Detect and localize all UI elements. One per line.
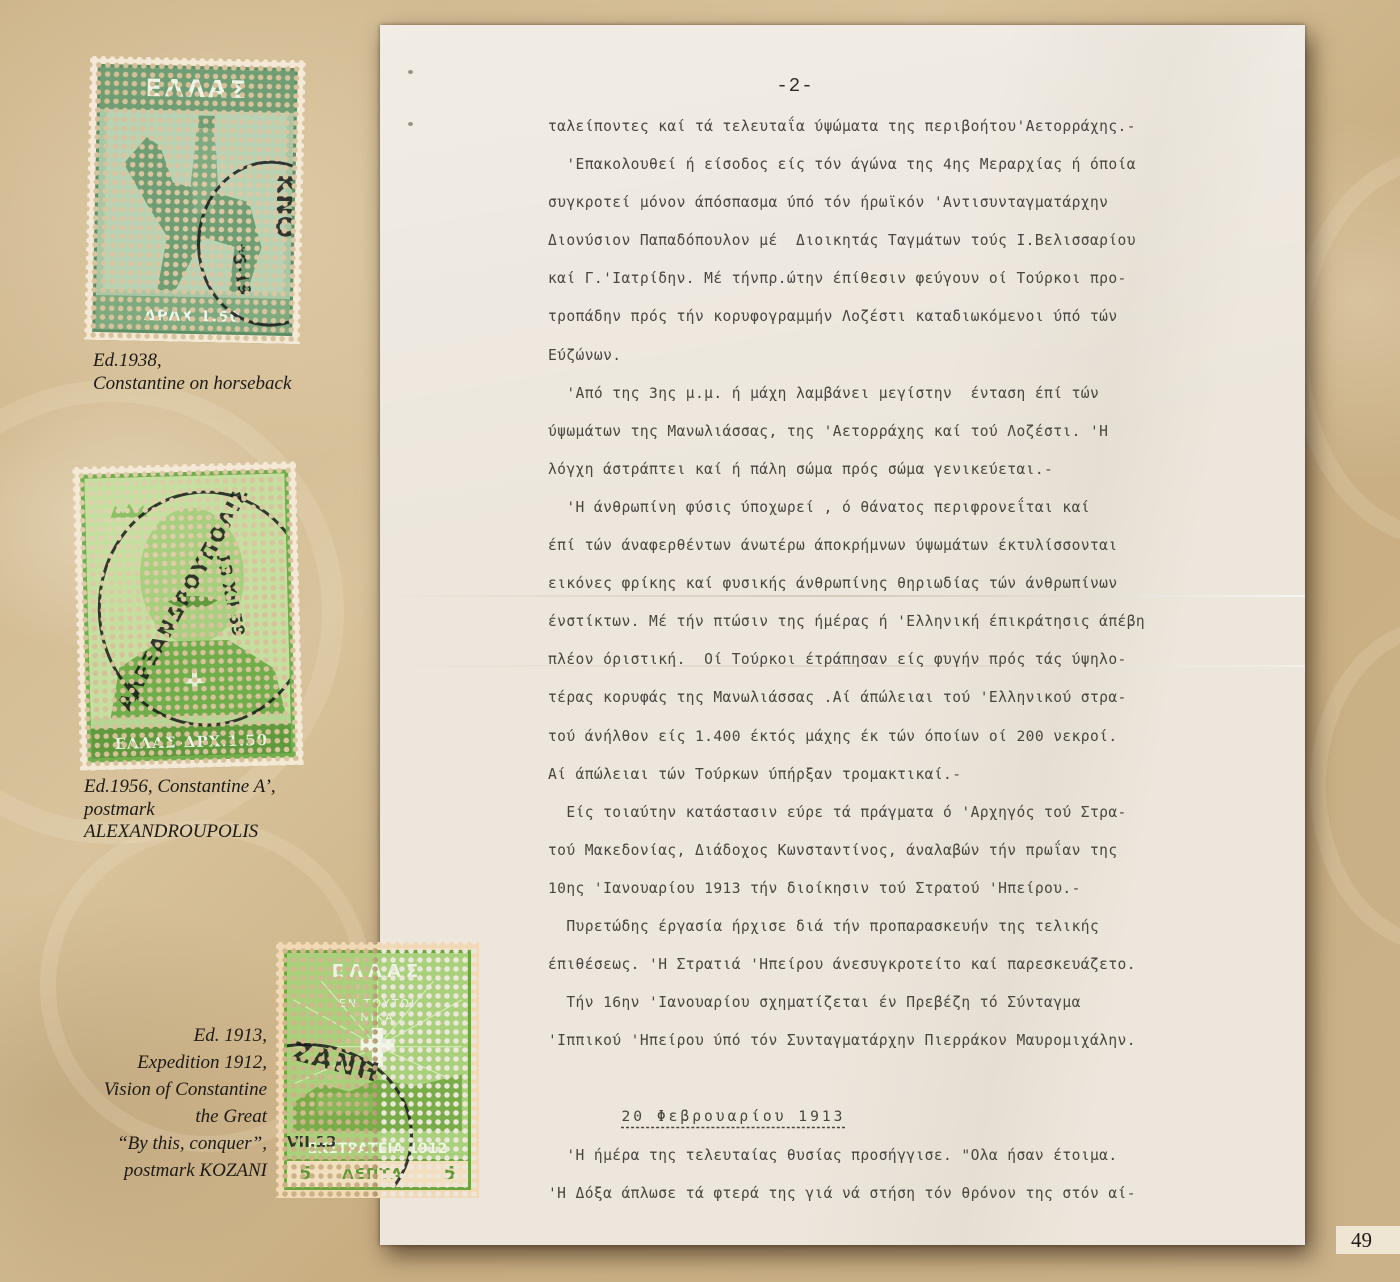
background-ornament [1290, 150, 1400, 546]
document-line: ταλείποντες καί τά τελευταΐα ύψώματα της… [548, 108, 1288, 146]
document-line: Είς τοιαύτην κατάστασιν εύρε τά πράγματα… [548, 794, 1288, 832]
document-line: 'Η Δόξα άπλωσε τά φτερά της γιά νά στήση… [548, 1175, 1288, 1213]
document-line: 'Η ήμέρα της τελευταίας θυσίας προσήγγισ… [548, 1137, 1288, 1175]
document-line: Διονύσιον Παπαδόπουλον μέ Διοικητάς Ταγμ… [548, 222, 1288, 260]
document-page-marker: -2- [760, 75, 830, 97]
stamp-value-right: 5 [443, 1163, 456, 1184]
document-line: Εύζώνων. [548, 337, 1288, 375]
punch-hole [408, 122, 413, 126]
document-line: Αί άπώλειαι τών Τούρκων ύπήρξαν τρομακτι… [548, 756, 1288, 794]
page-number: 49 [1336, 1226, 1400, 1254]
document-line: Τήν 16ην 'Ιανουαρίου σχηματίζεται έν Πρε… [548, 984, 1288, 1022]
punch-hole [408, 70, 413, 74]
document-line: τροπάδην πρός τήν κορυφογραμμήν Λοζέστι … [548, 298, 1288, 336]
stamp-country: ΕΛΛΑΣ [287, 961, 468, 982]
document-line: έπιθέσεως. 'Η Στρατιά 'Ηπείρου άνεσυγκρο… [548, 946, 1288, 984]
document-line: ένστίκτων. Μέ τήν πτώσιν της ήμέρας ή 'Ε… [548, 603, 1288, 641]
document-line: 'Επακολουθεί ή είσοδος είς τόν άγώνα της… [548, 146, 1288, 184]
document-line: τέρας κορυφάς της Μανωλιάσσας .Αί άπώλει… [548, 679, 1288, 717]
postmark-date: VII.13 [287, 1133, 336, 1151]
document-line: ύψωμάτων της Μανωλιάσσας, της 'Αετορράχη… [548, 413, 1288, 451]
document-line [548, 1060, 1288, 1098]
document-line: καί Γ.'Ιατρίδην. Μέ τήνπρ.ώτην έπίθεσιν … [548, 260, 1288, 298]
document-line: εικόνες φρίκης καί φυσικής άνθρωπίνης θη… [548, 565, 1288, 603]
postmark-text: ΚΝΟ [269, 174, 298, 239]
document-line: Πυρετώδης έργασία ήρχισε διά τήν προπαρα… [548, 908, 1288, 946]
caption-stamp-1938: Ed.1938, Constantine on horseback [93, 350, 291, 395]
section-date-heading: 20 Φεβρουαρίου 1913 [622, 1108, 846, 1125]
background-ornament [1310, 620, 1400, 952]
typewritten-document: -2- ταλείποντες καί τά τελευταΐα ύψώματα… [380, 25, 1305, 1245]
document-line: τού άνήλθον είς 1.400 έκτός μάχης έκ τών… [548, 718, 1288, 756]
stamp-1913-expedition: ΕΛΛΑΣ ΕΝ ΤΟΥΤΩΙ ΝΙΚΑ ΕΚΣΤΡΑΤΕΙΑ 1912 5 Λ… [276, 942, 479, 1198]
document-line: 'Η άνθρωπίνη φύσις ύποχωρεί , ό θάνατος … [548, 489, 1288, 527]
stamp-motto-2: ΝΙΚΑ [287, 1011, 468, 1024]
caption-stamp-1956: Ed.1956, Constantine A’, postmark ALEXAN… [84, 776, 276, 844]
document-line: έπί τών άναφερθέντων άνωτέρω άποκρήμνων … [548, 527, 1288, 565]
document-line: τού Μακεδονίας, Διάδοχος Κωνσταντίνος, ά… [548, 832, 1288, 870]
document-text: ταλείποντες καί τά τελευταΐα ύψώματα της… [548, 108, 1288, 1213]
stamp-1956-constantine: ΕΛΛΑΣ-ΔΡΧ.1.50 ΑΛΕΞΑΝΔΡΟΥΠΟΛΙΣ 13 XII 59 [72, 461, 304, 771]
document-line: πλέον όριστική. Οί Τούρκοι έτράπησαν είς… [548, 641, 1288, 679]
document-line: 'Από της 3ης μ.μ. ή μάχη λαμβάνει μεγίστ… [548, 375, 1288, 413]
caption-stamp-1913: Ed. 1913, Expedition 1912, Vision of Con… [60, 1022, 267, 1184]
document-line: 20 Φεβρουαρίου 1913 [548, 1098, 1288, 1136]
stamp-motto-1: ΕΝ ΤΟΥΤΩΙ [287, 997, 468, 1010]
document-line: συγκροτεί μόνον άπόσπασμα ύπό τόν ήρωϊκό… [548, 184, 1288, 222]
stamp-1938-horseback: ΕΛΛΑΣ ΔΡΑΧ 1.50 ΚΝΟ *6-19 [84, 56, 306, 344]
stamp-country: ΕΛΛΑΣ [100, 73, 295, 105]
document-line: 'Ιππικού 'Ηπείρου ύπό τόν Συνταγματάρχην… [548, 1022, 1288, 1060]
document-line: 10ης 'Ιανουαρίου 1913 τήν διοίκησιν τού … [548, 870, 1288, 908]
document-line: λόγχη άστράπτει καί ή πάλη σώμα πρός σώμ… [548, 451, 1288, 489]
